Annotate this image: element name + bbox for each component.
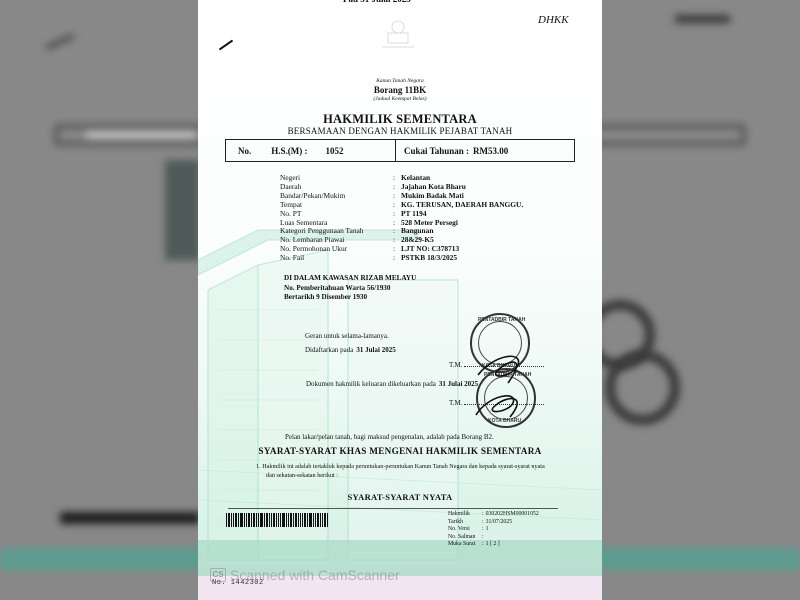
watermark-text: Scanned with CamScanner xyxy=(230,567,400,583)
tax-value: RM53.00 xyxy=(473,146,508,156)
signature-icon xyxy=(468,335,538,420)
detail-row: No. Fail:PSTKB 18/3/2025 xyxy=(280,254,523,263)
perpetual-grant-text: Geran untuk selama-lamanya. xyxy=(305,332,389,340)
coat-of-arms-icon xyxy=(376,15,420,51)
camscanner-watermark: CS Scanned with CamScanner xyxy=(210,567,400,583)
hs-number: 1052 xyxy=(326,146,344,156)
document-subtitle: BERSAMAAN DENGAN HAKMILIK PEJABAT TANAH xyxy=(198,126,602,136)
title-number-box: No. H.S.(M) : 1052 Cukai Tahunan : RM53.… xyxy=(225,139,575,162)
express-conditions-title: SYARAT-SYARAT NYATA xyxy=(198,492,602,502)
top-date: Pad 31 Julai 2025 xyxy=(343,0,411,4)
no-label: No. xyxy=(238,146,251,156)
issued-date: Dokumen hakmilik keluaran dikeluarkan pa… xyxy=(306,380,478,388)
form-name: Borang 11BK xyxy=(198,85,602,95)
clause-1: 1. Hakmilik ini adalah tertakluk kepada … xyxy=(256,463,545,480)
backdrop-stamp xyxy=(605,350,680,425)
land-details: Negeri:Kelantan Daerah:Jajahan Kota Bhar… xyxy=(280,174,523,263)
tax-label: Cukai Tahunan : xyxy=(404,146,469,156)
malay-reserve-note: DI DALAM KAWASAN RIZAB MELAYU No. Pember… xyxy=(284,274,416,303)
pen-mark xyxy=(219,40,233,51)
document-metadata: Hakmilik:030202HSM00001052 Tarikh:31/07/… xyxy=(448,511,539,549)
barcode xyxy=(226,513,328,527)
plan-note: Pelan lakar/pelan tanah, bagi maksud pen… xyxy=(285,433,494,441)
special-conditions-title: SYARAT-SYARAT KHAS MENGENAI HAKMILIK SEM… xyxy=(198,446,602,456)
office-code: DHKK xyxy=(538,14,569,26)
title-document-page: Pad 31 Julai 2025 DHKK Kanun Tanah Negar… xyxy=(198,0,602,600)
registered-date: Didaftarkan pada31 Julai 2025 xyxy=(305,346,396,354)
divider xyxy=(228,508,558,509)
backdrop-barcode xyxy=(60,512,200,524)
backdrop-mark xyxy=(46,34,75,50)
document-title: HAKMILIK SEMENTARA xyxy=(198,112,602,127)
camscanner-logo-icon: CS xyxy=(210,568,226,582)
hs-label: H.S.(M) : xyxy=(271,146,307,156)
backdrop-text-block xyxy=(165,160,200,260)
act-name: Kanun Tanah Negara xyxy=(198,78,602,84)
backdrop-code xyxy=(675,15,730,23)
schedule-name: (Jadual Keempat Belas) xyxy=(198,96,602,102)
